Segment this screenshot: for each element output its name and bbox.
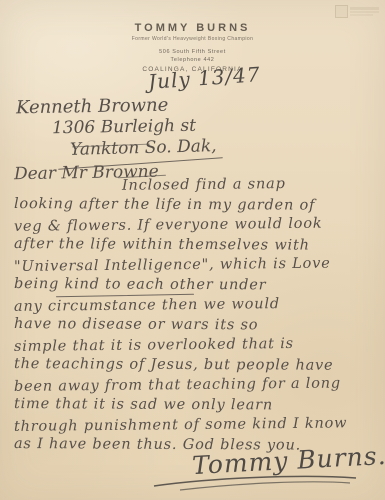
body-line: simple that it is overlooked that is [14,335,378,359]
letter-body: Inclosed find a snap looking after the l… [14,177,378,457]
letterhead-address: 506 South Fifth Street [0,49,385,55]
letterhead-name: TOMMY BURNS [0,22,385,34]
recipient-street: 1306 Burleigh st [52,116,196,139]
signature-underline-flourish [150,470,360,492]
body-line: Inclosed find a snap [14,175,378,199]
watermark-text-blocks [350,7,379,16]
letter-paper: TOMMY BURNS Former World's Heavyweight B… [0,0,385,500]
letterhead-subtitle: Former World's Heavyweight Boxing Champi… [0,36,385,42]
body-line: through punishment of some kind I know [14,415,378,439]
auction-watermark [335,4,379,18]
letterhead-telephone: Telephone 442 [0,57,385,63]
body-line: "Universal Intelligence", which is Love [14,255,378,279]
letterhead: TOMMY BURNS Former World's Heavyweight B… [0,22,385,73]
recipient-name: Kenneth Browne [16,95,169,119]
recipient-city: Yankton So. Dak, [70,136,217,160]
body-line: any circumstance then we would [14,295,378,319]
body-line: been away from that teaching for a long [14,375,378,399]
body-line: veg & flowers. If everyone would look [14,215,378,239]
watermark-logo-icon [335,5,348,18]
